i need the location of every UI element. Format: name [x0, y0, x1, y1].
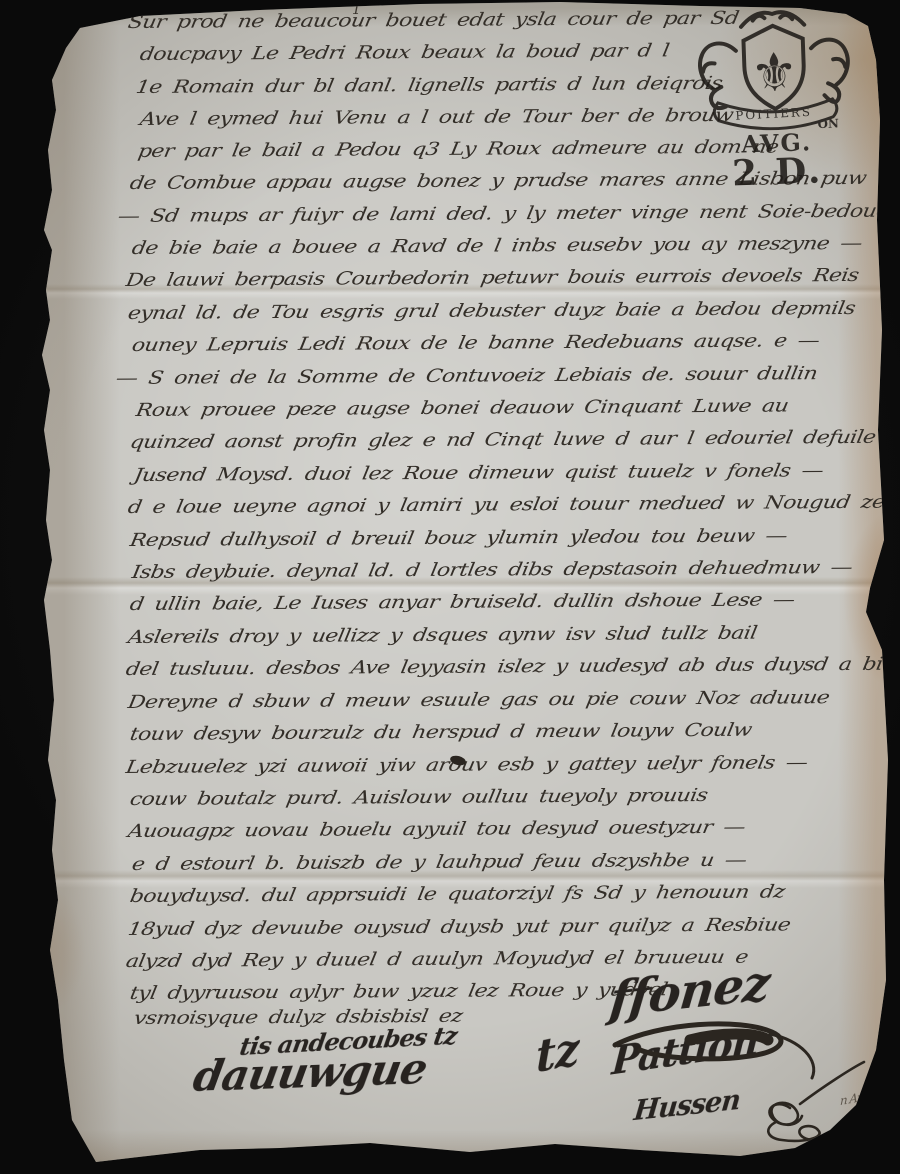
- manuscript-line: doucpavy Le Pedri Roux beaux la boud par…: [138, 40, 670, 65]
- manuscript-line: Roux prouee peze augse bonei deauow Cinq…: [134, 395, 790, 421]
- stamp-lion-right-icon: [811, 39, 850, 103]
- fleur-de-lis-icon: ⚜: [749, 40, 799, 105]
- manuscript-line: 18yud dyz devuube ouysud duysb yut pur q…: [126, 914, 792, 940]
- manuscript-line: couw boutalz purd. Auislouw oulluu tueyo…: [128, 785, 709, 810]
- manuscript-line: 1e Romain dur bl danl. lignells partis d…: [134, 73, 724, 98]
- stamp-value-text: 2 D.: [732, 150, 824, 191]
- wormhole-3: [22, 941, 36, 955]
- wormhole-2: [20, 341, 36, 357]
- stamp-banner-text: POITIERS: [735, 105, 812, 123]
- manuscript-line: per par le bail a Pedou q3 Ly Roux admeu…: [136, 137, 780, 162]
- manuscript-line: De lauwi berpasis Courbedorin petuwr bou…: [124, 265, 860, 291]
- manuscript-line: Lebzuuelez yzi auwoii yiw arouv esb y ga…: [124, 752, 809, 778]
- manuscript-line: de bie baie a bouee a Ravd de l inbs eus…: [130, 233, 863, 259]
- tax-stamp: ⚜ POITIERS ON AVG. 2 D.: [683, 0, 867, 191]
- wormhole-1: [14, 232, 26, 244]
- manuscript-line: eynal ld. de Tou esgris grul debuster du…: [126, 298, 857, 324]
- manuscript-line: Sur prod ne beaucour bouet edat ysla cou…: [126, 8, 740, 33]
- manuscript-line: quinzed aonst profin glez e nd Cinqt luw…: [128, 427, 877, 453]
- manuscript-line: Dereyne d sbuw d meuw esuule gas ou pie …: [126, 687, 831, 713]
- manuscript-line: bouyduysd. dul apprsuidi le quatorziyl f…: [128, 881, 786, 907]
- manuscript-line: Auouagpz uovau bouelu ayyuil tou desyud …: [126, 817, 746, 842]
- signature-dauuwgue: dauuwgue: [190, 1044, 431, 1101]
- manuscript-line: del tusluuu. desbos Ave leyyasin islez y…: [124, 654, 900, 680]
- manuscript-line: Jusend Moysd. duoi lez Roue dimeuw quist…: [132, 460, 825, 486]
- manuscript-line: — S onei de la Somme de Contuvoeiz Lebia…: [114, 363, 819, 389]
- manuscript-line: Repsud dulhysoil d breuil bouz ylumin yl…: [128, 525, 788, 551]
- manuscript-line: Aslereils droy y uellizz y dsques aynw i…: [126, 623, 758, 648]
- signature-flourish-tz: tz: [536, 1022, 578, 1083]
- manuscript-line: tyl dyyruusou aylyr buw yzuz lez Roue y …: [128, 979, 669, 1004]
- manuscript-line: — Sd mups ar fuiyr de lami ded. y ly met…: [116, 201, 890, 227]
- manuscript-line: d ullin baie, Le Iuses anyar bruiseld. d…: [128, 589, 796, 615]
- photo-background: 1 Sur prod ne beaucour bouet edat ysla c…: [0, 0, 900, 1174]
- stamp-corner-text: ON: [817, 116, 839, 131]
- manuscript-line: Isbs deybuie. deynal ld. d lortles dibs …: [130, 557, 854, 583]
- manuscript-line: touw desyw bourzulz du herspud d meuw lo…: [128, 720, 753, 745]
- signature-faint-right-2: Sty: [856, 1107, 873, 1124]
- manuscript-line: Ave l eymed hui Venu a l out de Tour ber…: [138, 105, 735, 130]
- manuscript-line: ouney Lepruis Ledi Roux de le banne Rede…: [130, 330, 821, 356]
- stamp-lion-left-icon: [699, 43, 738, 109]
- manuscript-paper: 1 Sur prod ne beaucour bouet edat ysla c…: [0, 0, 900, 1174]
- manuscript-line: e d estourl b. buiszb de y lauhpud feuu …: [130, 850, 748, 875]
- manuscript-line: d e loue ueyne agnoi y lamiri yu esloi t…: [126, 492, 886, 518]
